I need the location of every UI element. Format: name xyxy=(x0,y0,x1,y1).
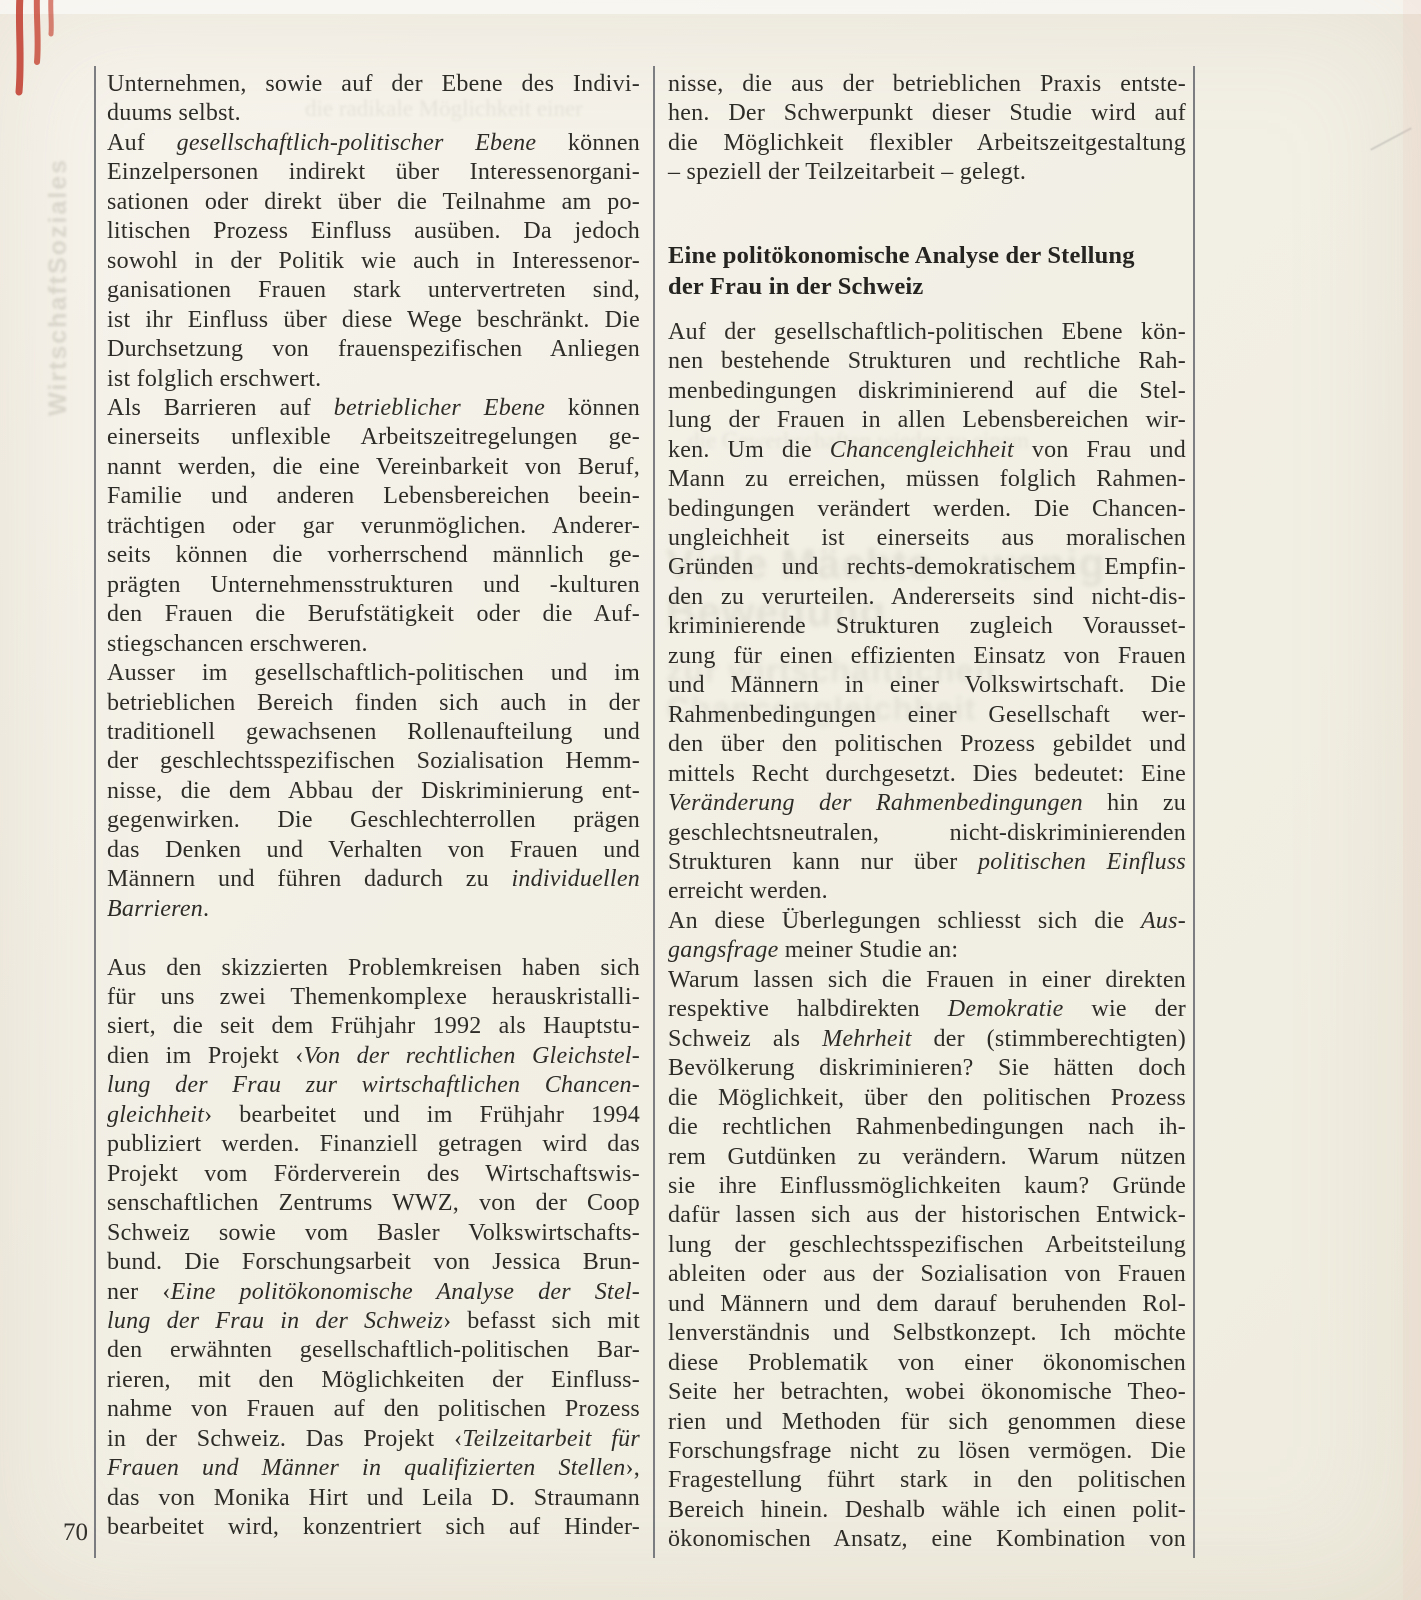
column-separator-rule xyxy=(653,66,655,1558)
section-heading: Eine politökonomische Analyse der Stellu… xyxy=(668,240,1186,302)
text-line: rem Gutdünken zu verändern. Warum nützen xyxy=(668,1143,1186,1172)
text-line: Veränderung der Rahmenbedingungen hin zu xyxy=(668,789,1186,818)
text-line: betrieblichen Bereich finden sich auch i… xyxy=(107,689,640,718)
text-line: Schweiz als Mehrheit der (stimmberechtig… xyxy=(668,1025,1186,1054)
text-line: trächtigen oder gar verunmöglichen. Ande… xyxy=(107,512,640,541)
text-line: Aus den skizzierten Problemkreisen haben… xyxy=(107,954,640,983)
text-line: hen. Der Schwerpunkt dieser Studie wird … xyxy=(668,99,1186,128)
text-line: in der Schweiz. Das Projekt ‹Teilzeitarb… xyxy=(107,1425,640,1454)
text-line: ökonomischen Ansatz, eine Kombination vo… xyxy=(668,1525,1186,1554)
text-line: Bereich hinein. Deshalb wähle ich einen … xyxy=(668,1496,1186,1525)
text-line: ganisationen Frauen stark untervertreten… xyxy=(107,276,640,305)
text-line: Rahmenbedingungen einer Gesellschaft wer… xyxy=(668,701,1186,730)
text-line: gangsfrage meiner Studie an: xyxy=(668,936,1186,965)
text-line: bund. Die Forschungsarbeit von Jessica B… xyxy=(107,1248,640,1277)
text-line: An diese Überlegungen schliesst sich die… xyxy=(668,907,1186,936)
text-line: menbedingungen diskriminierend auf die S… xyxy=(668,377,1186,406)
text-line: Fragestellung führt stark in den politis… xyxy=(668,1466,1186,1495)
right-column: nisse, die aus der betrieblichen Praxis … xyxy=(668,70,1186,1555)
page-number: 70 xyxy=(52,1519,88,1547)
text-line: Auf gesellschaftlich-politischer Ebene k… xyxy=(107,129,640,158)
paragraph-gap xyxy=(107,924,640,953)
red-pen-marks xyxy=(4,0,74,105)
text-line: litischen Prozess Einfluss ausüben. Da j… xyxy=(107,217,640,246)
scan-scratch xyxy=(1370,127,1412,150)
text-line: diese Problematik von einer ökonomischen xyxy=(668,1349,1186,1378)
text-line: Durchsetzung von frauenspezifischen Anli… xyxy=(107,335,640,364)
text-line: die rechtlichen Rahmenbedingungen nach i… xyxy=(668,1113,1186,1142)
text-line: prägten Unternehmensstrukturen und -kult… xyxy=(107,571,640,600)
text-line: Auf der gesellschaftlich-politischen Ebe… xyxy=(668,318,1186,347)
text-line: duums selbst. xyxy=(107,99,640,128)
text-line: sie ihre Einflussmöglichkeiten kaum? Grü… xyxy=(668,1172,1186,1201)
text-line: ableiten oder aus der Sozialisation von … xyxy=(668,1260,1186,1289)
text-line: lung der Frau in der Schweiz› befasst si… xyxy=(107,1307,640,1336)
text-line: publiziert werden. Finanziell getragen w… xyxy=(107,1130,640,1159)
text-line: lung der Frau zur wirtschaftlichen Chanc… xyxy=(107,1071,640,1100)
text-line: lung der Frauen in allen Lebensbereichen… xyxy=(668,406,1186,435)
text-line: nen bestehende Strukturen und rechtliche… xyxy=(668,347,1186,376)
text-line: das von Monika Hirt und Leila D. Strauma… xyxy=(107,1484,640,1513)
text-line: stiegschancen erschweren. xyxy=(107,630,640,659)
text-line: dien im Projekt ‹Von der rechtlichen Gle… xyxy=(107,1042,640,1071)
text-line: Gründen und rechts-demokratischem Empfin… xyxy=(668,553,1186,582)
text-line: den erwähnten gesellschaftlich-politisch… xyxy=(107,1336,640,1365)
text-line: sowohl in der Politik wie auch in Intere… xyxy=(107,247,640,276)
text-line: Warum lassen sich die Frauen in einer di… xyxy=(668,966,1186,995)
text-line: ist folglich erschwert. xyxy=(107,365,640,394)
text-line: siert, die seit dem Frühjahr 1992 als Ha… xyxy=(107,1012,640,1041)
text-line: lung der geschlechtsspezifischen Arbeits… xyxy=(668,1231,1186,1260)
text-line: geschlechtsneutralen, nicht-diskriminier… xyxy=(668,819,1186,848)
right-column-pre: nisse, die aus der betrieblichen Praxis … xyxy=(668,70,1186,188)
text-line: bedingungen verändert werden. Die Chance… xyxy=(668,495,1186,524)
text-line: Strukturen kann nur über politischen Ein… xyxy=(668,848,1186,877)
section-heading-line1: Eine politökonomische Analyse der Stellu… xyxy=(668,242,1135,269)
text-line: die Möglichkeit flexibler Arbeitszeitges… xyxy=(668,129,1186,158)
text-line: bearbeitet wird, konzentriert sich auf H… xyxy=(107,1513,640,1542)
text-line: das Denken und Verhalten von Frauen und xyxy=(107,836,640,865)
text-line: erreicht werden. xyxy=(668,877,1186,906)
section-heading-line2: der Frau in der Schweiz xyxy=(668,273,924,300)
text-line: zung für einen effizienten Einsatz von F… xyxy=(668,642,1186,671)
text-line: einerseits unflexible Arbeitszeitregelun… xyxy=(107,423,640,452)
text-line: ungleichheit ist einerseits aus moralisc… xyxy=(668,524,1186,553)
text-line: rieren, mit den Möglichkeiten der Einflu… xyxy=(107,1366,640,1395)
text-line: – speziell der Teilzeitarbeit – gelegt. xyxy=(668,158,1186,187)
text-line: Projekt vom Förderverein des Wirtschafts… xyxy=(107,1160,640,1189)
bleedthrough-vertical-label: WirtschaftSoziales xyxy=(44,86,73,416)
text-line: mittels Recht durchgesetzt. Dies bedeute… xyxy=(668,760,1186,789)
scanned-page: WirtschaftSoziales die radikale Möglichk… xyxy=(0,0,1421,1600)
text-line: ner ‹Eine politökonomische Analyse der S… xyxy=(107,1278,640,1307)
text-line: gegenwirken. Die Geschlechterrollen präg… xyxy=(107,806,640,835)
text-line: Seite her betrachten, wobei ökonomische … xyxy=(668,1378,1186,1407)
text-line: Ausser im gesellschaftlich-politischen u… xyxy=(107,659,640,688)
text-line: Familie und anderen Lebensbereichen beei… xyxy=(107,482,640,511)
left-margin-rule xyxy=(94,66,96,1558)
text-line: ist ihr Einfluss über diese Wege beschrä… xyxy=(107,306,640,335)
text-line: Unternehmen, sowie auf der Ebene des Ind… xyxy=(107,70,640,99)
text-line: die Möglichkeit, über den politischen Pr… xyxy=(668,1084,1186,1113)
text-line: für uns zwei Themenkomplexe herauskrista… xyxy=(107,983,640,1012)
right-margin-rule xyxy=(1193,66,1195,1558)
text-line: Mann zu erreichen, müssen folglich Rahme… xyxy=(668,465,1186,494)
text-line: lenverständnis und Selbstkonzept. Ich mö… xyxy=(668,1319,1186,1348)
text-line: Einzelpersonen indirekt über Interesseno… xyxy=(107,158,640,187)
text-line: Forschungsfrage nicht zu lösen vermögen.… xyxy=(668,1437,1186,1466)
text-line: und Männern und dem darauf beruhenden Ro… xyxy=(668,1290,1186,1319)
text-line: respektive halbdirekten Demokratie wie d… xyxy=(668,995,1186,1024)
text-line: gleichheit› bearbeitet und im Frühjahr 1… xyxy=(107,1101,640,1130)
left-column: Unternehmen, sowie auf der Ebene des Ind… xyxy=(107,70,640,1543)
text-line: Frauen und Männer in qualifizierten Stel… xyxy=(107,1454,640,1483)
text-line: nisse, die aus der betrieblichen Praxis … xyxy=(668,70,1186,99)
text-line: Bevölkerung diskriminieren? Sie hätten d… xyxy=(668,1054,1186,1083)
text-line: dafür lassen sich aus der historischen E… xyxy=(668,1201,1186,1230)
text-line: der geschlechtsspezifischen Sozialisatio… xyxy=(107,747,640,776)
text-line: kriminierende Strukturen zugleich Voraus… xyxy=(668,612,1186,641)
text-line: seits können die vorherrschend männlich … xyxy=(107,541,640,570)
text-line: traditionell gewachsenen Rollenaufteilun… xyxy=(107,718,640,747)
text-line: sationen oder direkt über die Teilnahme … xyxy=(107,188,640,217)
text-line: Barrieren. xyxy=(107,895,640,924)
text-line: den Frauen die Berufstätigkeit oder die … xyxy=(107,600,640,629)
text-line: nisse, die dem Abbau der Diskriminierung… xyxy=(107,777,640,806)
text-line: Als Barrieren auf betrieblicher Ebene kö… xyxy=(107,394,640,423)
text-line: senschaftlichen Zentrums WWZ, von der Co… xyxy=(107,1189,640,1218)
text-line: und Männern in einer Volkswirtschaft. Di… xyxy=(668,671,1186,700)
text-line: den zu verurteilen. Andererseits sind ni… xyxy=(668,583,1186,612)
text-line: ken. Um die Chancengleichheit von Frau u… xyxy=(668,436,1186,465)
text-line: den über den politischen Prozess gebilde… xyxy=(668,730,1186,759)
text-line: nahme von Frauen auf den politischen Pro… xyxy=(107,1395,640,1424)
text-line: rien und Methoden für sich genommen dies… xyxy=(668,1408,1186,1437)
right-column-post: Auf der gesellschaftlich-politischen Ebe… xyxy=(668,318,1186,1555)
text-line: Männern und führen dadurch zu individuel… xyxy=(107,865,640,894)
text-line: Schweiz sowie vom Basler Volkswirtschaft… xyxy=(107,1219,640,1248)
text-line: nannt werden, die eine Vereinbarkeit von… xyxy=(107,453,640,482)
